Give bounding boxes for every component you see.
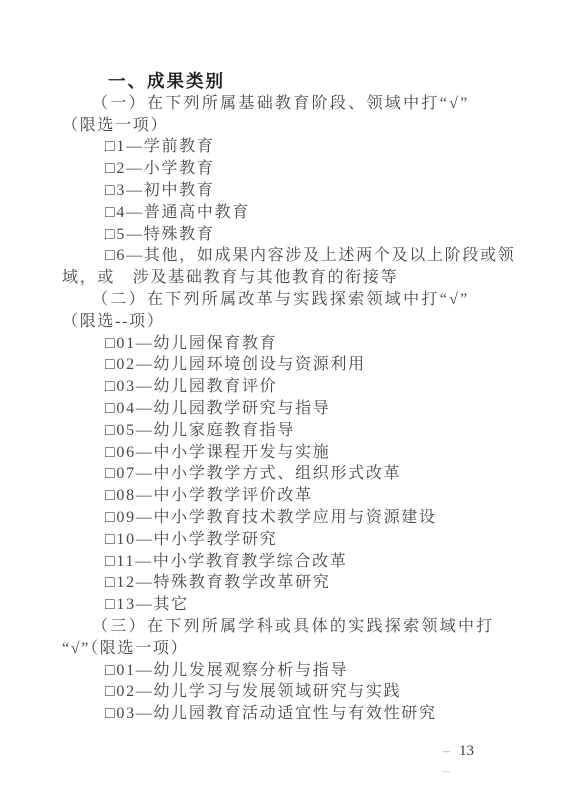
option-line: □02—幼儿学习与发展领域研究与实践	[62, 681, 512, 703]
option-label: 06—中小学课程开发与实施	[116, 444, 330, 461]
checkbox-icon: □	[105, 160, 116, 177]
option-label: 02—幼儿学习与发展领域研究与实践	[116, 683, 401, 700]
checkbox-icon: □	[105, 226, 116, 243]
option-line: □06—中小学课程开发与实施	[62, 442, 512, 464]
section2-limit-note: （限选--项）	[62, 311, 512, 333]
checkbox-icon: □	[105, 705, 116, 722]
option-line: □11—中小学教育教学综合改革	[62, 551, 512, 573]
option-line: □05—幼儿家庭教育指导	[62, 420, 512, 442]
checkbox-icon: □	[105, 574, 116, 591]
option-label: 05—幼儿家庭教育指导	[116, 422, 295, 439]
option-label: 13—其它	[116, 596, 189, 613]
checkbox-icon: □	[105, 356, 116, 373]
option-line: □3—初中教育	[62, 180, 512, 202]
option-label: 3—初中教育	[116, 182, 214, 199]
option-line: □6—其他，如成果内容涉及上述两个及以上阶段或领	[62, 245, 512, 267]
option-label: 09—中小学教育技术教学应用与资源建设	[116, 509, 436, 526]
option-line: □03—幼儿园教育评价	[62, 376, 512, 398]
option-label: 01—幼儿园保育教育	[116, 335, 277, 352]
option-label: 4—普通高中教育	[116, 204, 250, 221]
checkbox-icon: □	[105, 204, 116, 221]
section2-instruction: （二）在下列所属改革与实践探索领域中打“√”	[62, 289, 512, 311]
checkbox-icon: □	[105, 378, 116, 395]
option-line: □5—特殊教育	[62, 224, 512, 246]
checkbox-icon: □	[105, 465, 116, 482]
option-line: □08—中小学教学评价改革	[62, 485, 512, 507]
option-label: 03—幼儿园教育活动适宜性与有效性研究	[116, 705, 436, 722]
footer-dash: –	[443, 744, 450, 759]
option-line: □09—中小学教育技术教学应用与资源建设	[62, 507, 512, 529]
checkbox-icon: □	[105, 662, 116, 679]
option-line: □01—幼儿园保育教育	[62, 333, 512, 355]
option-overflow-line: 域，或 涉及基础教育与其他教育的衔接等	[62, 267, 512, 289]
option-line: □04—幼儿园教学研究与指导	[62, 398, 512, 420]
section3-instruction: （三）在下列所属学科或具体的实践探索领域中打	[62, 616, 512, 638]
checkbox-icon: □	[105, 531, 116, 548]
section-heading: 一、成果类别	[62, 71, 512, 93]
footer-sub-dash: –	[443, 764, 450, 780]
checkbox-icon: □	[105, 422, 116, 439]
document-body: 一、成果类别 （一）在下列所属基础教育阶段、领域中打“√” （限选一项） □1—…	[62, 71, 512, 725]
checkbox-icon: □	[105, 509, 116, 526]
option-label: 08—中小学教学评价改革	[116, 487, 312, 504]
option-label: 1—学前教育	[116, 138, 214, 155]
option-line: □2—小学教育	[62, 158, 512, 180]
checkbox-icon: □	[105, 182, 116, 199]
option-label: 12—特殊教育教学改革研究	[116, 574, 330, 591]
option-label: 10—中小学教学研究	[116, 531, 277, 548]
option-line: □13—其它	[62, 594, 512, 616]
option-label: 01—幼儿发展观察分析与指导	[116, 662, 348, 679]
option-line: □03—幼儿园教育活动适宜性与有效性研究	[62, 703, 512, 725]
checkbox-icon: □	[105, 400, 116, 417]
option-line: □10—中小学教学研究	[62, 529, 512, 551]
option-line: □01—幼儿发展观察分析与指导	[62, 660, 512, 682]
option-label: 07—中小学教学方式、组织形式改革	[116, 465, 401, 482]
checkbox-icon: □	[105, 138, 116, 155]
option-line: □07—中小学教学方式、组织形式改革	[62, 463, 512, 485]
checkbox-icon: □	[105, 596, 116, 613]
section1-instruction: （一）在下列所属基础教育阶段、领域中打“√”	[62, 93, 512, 115]
checkbox-icon: □	[105, 553, 116, 570]
option-label: 2—小学教育	[116, 160, 214, 177]
option-label: 5—特殊教育	[116, 226, 214, 243]
checkbox-icon: □	[105, 487, 116, 504]
page-footer: –13	[443, 743, 474, 760]
checkbox-icon: □	[105, 683, 116, 700]
section3-instruction-line2: “√”（限选一项）	[62, 638, 512, 660]
option-label: 02—幼儿园环境创设与资源利用	[116, 356, 366, 373]
checkbox-icon: □	[105, 335, 116, 352]
option-label: 6—其他，如成果内容涉及上述两个及以上阶段或领	[116, 247, 515, 264]
option-line: □12—特殊教育教学改革研究	[62, 572, 512, 594]
option-label: 03—幼儿园教育评价	[116, 378, 277, 395]
option-label: 04—幼儿园教学研究与指导	[116, 400, 330, 417]
page-number: 13	[459, 743, 474, 759]
option-line: □02—幼儿园环境创设与资源利用	[62, 354, 512, 376]
section1-limit-note: （限选一项）	[62, 115, 512, 137]
option-line: □4—普通高中教育	[62, 202, 512, 224]
document-page: 一、成果类别 （一）在下列所属基础教育阶段、领域中打“√” （限选一项） □1—…	[0, 0, 565, 800]
option-label: 11—中小学教育教学综合改革	[116, 553, 347, 570]
checkbox-icon: □	[105, 444, 116, 461]
checkbox-icon: □	[105, 247, 116, 264]
option-line: □1—学前教育	[62, 136, 512, 158]
